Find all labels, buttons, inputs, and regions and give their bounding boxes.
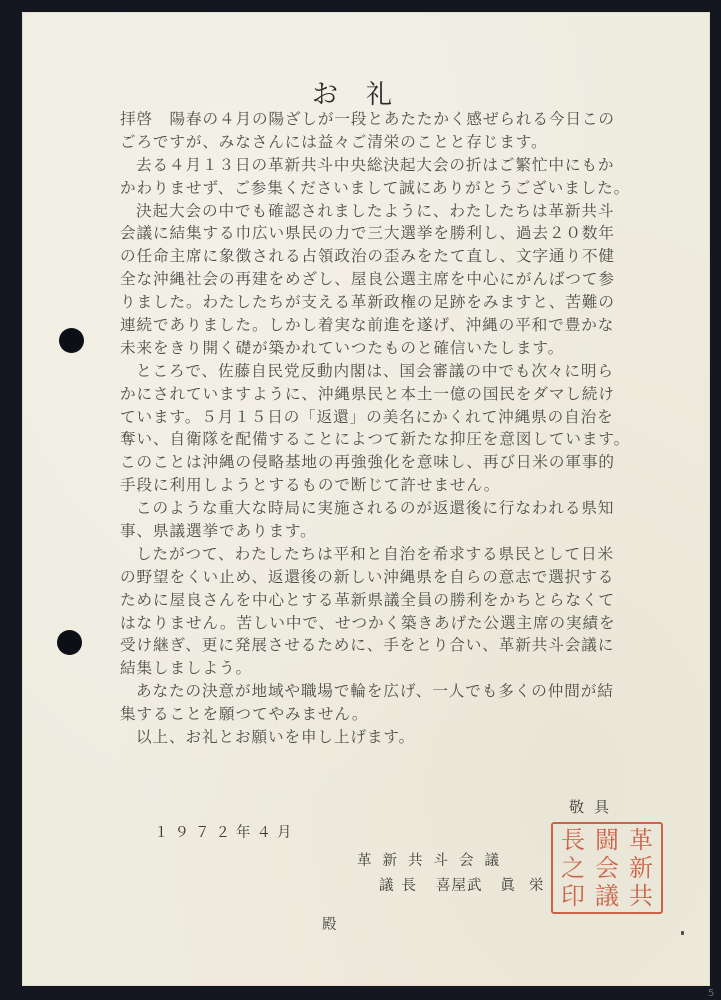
letter-line: ごろですが、みなさんには益々ご清栄のことと存じます。 [120, 131, 680, 154]
seal-character: 会 [590, 854, 624, 882]
official-seal-stamp: 革闘長新会之共議印 [551, 822, 663, 914]
signatory-given-name: 眞栄 [501, 878, 558, 894]
letter-line: りました。わたしたちが支える革新政権の足跡をみますと、苦難の [120, 291, 680, 314]
letter-line: 未来をきり開く礎が築かれていつたものと確信いたします。 [120, 337, 680, 360]
seal-character: 之 [556, 854, 590, 882]
seal-character: 議 [590, 882, 624, 910]
letter-line: かわりませず、ご参集くださいまして誠にありがとうございました。 [120, 177, 680, 200]
addressee-suffix: 殿 [322, 913, 337, 934]
paper-speck [681, 931, 684, 935]
letter-line: はなりません。苦しい中で、せつかく築きあげた公選主席の実績を [120, 612, 680, 635]
letter-line: 手段に利用しようとするもので断じて許せません。 [120, 474, 680, 497]
letter-line: 拝啓 陽春の４月の陽ざしが一段とあたたかく感ぜられる今日この [120, 108, 680, 131]
letter-line: 集することを願つてやみません。 [120, 703, 680, 726]
letter-title: お礼 [22, 74, 710, 111]
letter-line: 事、県議選挙であります。 [120, 520, 680, 543]
letter-line: かにされていますように、沖縄県民と本土一億の国民をダマし続け [120, 383, 680, 406]
seal-character: 新 [624, 854, 658, 882]
letter-line: このことは沖縄の侵略基地の再強強化を意味し、再び日米の軍事的 [120, 451, 680, 474]
letter-line: 以上、お礼とお願いを申し上げます。 [120, 726, 680, 749]
punch-hole [59, 328, 84, 353]
signatory-family-name: 喜屋武 [436, 878, 483, 894]
letter-line: 受け継ぎ、更に発展させるために、手をとり合い、革新共斗会議に [120, 634, 680, 657]
organization-name: 革新共斗会議 [357, 849, 510, 870]
punch-hole [57, 630, 82, 655]
signatory-role: 議長 [379, 878, 424, 894]
closing-salutation: 敬具 [569, 796, 619, 817]
letter-line: 全な沖縄社会の再建をめざし、屋良公選主席を中心にがんばつて参 [120, 268, 680, 291]
letter-line: 去る４月１３日の革新共斗中央総決起大会の折はご繁忙中にもか [120, 154, 680, 177]
letter-line: の任命主席に象徴される占領政治の歪みをたて直し、文字通り不健 [120, 245, 680, 268]
letter-line: の野望をくい止め、返還後の新しい沖縄県を自らの意志で選択する [120, 566, 680, 589]
letter-line: ために屋良さんを中心とする革新県議全員の勝利をかちとらなくて [120, 589, 680, 612]
letter-date: １９７２年４月 [154, 821, 298, 842]
letter-line: したがつて、わたしたちは平和と自治を希求する県民として日米 [120, 543, 680, 566]
seal-character: 革 [624, 826, 658, 854]
seal-character: 共 [624, 882, 658, 910]
letter-line: このような重大な時局に実施されるのが返還後に行なわれる県知 [120, 497, 680, 520]
seal-character: 長 [556, 826, 590, 854]
letter-body: 拝啓 陽春の４月の陽ざしが一段とあたたかく感ぜられる今日このごろですが、みなさん… [120, 108, 680, 749]
letter-line: 奪い、自衛隊を配備することによつて新たな抑圧を意図しています。 [120, 428, 680, 451]
seal-character: 闘 [590, 826, 624, 854]
seal-character: 印 [556, 882, 590, 910]
letter-line: ところで、佐藤自民党反動内閣は、国会審議の中でも次々に明ら [120, 360, 680, 383]
letter-line: あなたの決意が地域や職場で輪を広げ、一人でも多くの仲間が結 [120, 680, 680, 703]
letter-line: 決起大会の中でも確認されましたように、わたしたちは革新共斗 [120, 200, 680, 223]
document-page: お礼 拝啓 陽春の４月の陽ざしが一段とあたたかく感ぜられる今日このごろですが、み… [22, 12, 710, 986]
signatory: 議長喜屋武眞栄 [379, 874, 558, 895]
letter-line: 会議に結集する巾広い県民の力で三大選挙を勝利し、過去２０数年 [120, 222, 680, 245]
letter-line: ています。５月１５日の「返還」の美名にかくれて沖縄県の自治を [120, 406, 680, 429]
letter-line: 結集しましよう。 [120, 657, 680, 680]
letter-line: 連続でありました。しかし着実な前進を遂げ、沖縄の平和で豊かな [120, 314, 680, 337]
page-number: 5 [708, 988, 714, 999]
